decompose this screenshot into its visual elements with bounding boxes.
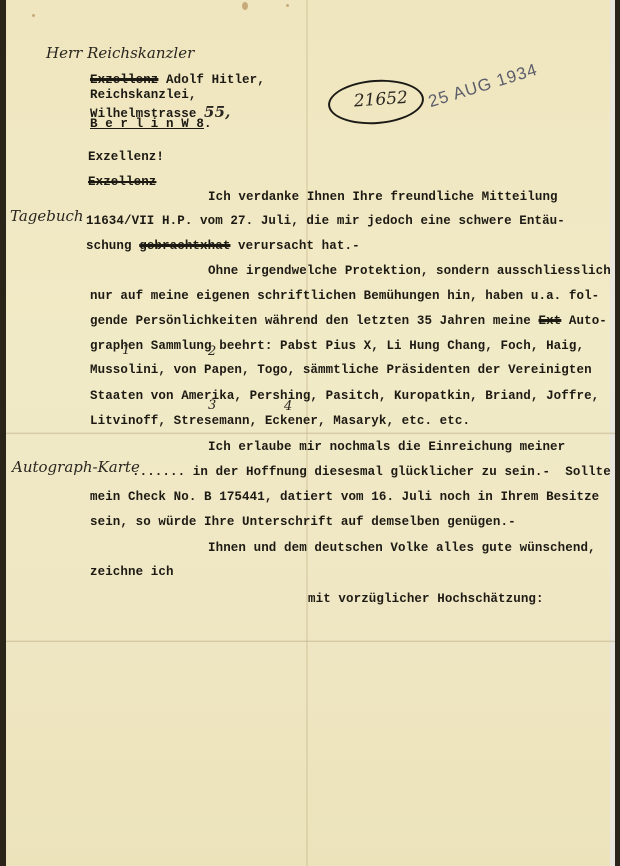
handwritten-salutation: Herr Reichskanzler: [46, 44, 194, 62]
paragraph-1-line-3: schung gebrachtxhat verursacht hat.-: [86, 239, 360, 253]
paragraph-3-line-4: sein, so würde Ihre Unterschrift auf dem…: [90, 515, 516, 529]
struck-greeting: Exzellenz: [88, 175, 156, 189]
address-line-2: Reichskanzlei,: [90, 88, 196, 102]
text: gende Persönlichkeiten während den letzt…: [90, 314, 531, 328]
struck-word: gebrachtxhat: [139, 239, 230, 253]
stain: [286, 4, 289, 7]
recipient-name: Adolf Hitler,: [166, 73, 265, 87]
reference-number: 21652: [353, 88, 408, 112]
paragraph-2-line-3: gende Persönlichkeiten während den letzt…: [90, 314, 607, 328]
paragraph-3-line-3: mein Check No. B 175441, datiert vom 16.…: [90, 490, 599, 504]
received-date-stamp: 25 AUG 1934: [426, 60, 540, 112]
paragraph-2-line-5: Mussolini, von Papen, Togo, sämmtliche P…: [90, 363, 592, 377]
closing: mit vorzüglicher Hochschätzung:: [308, 592, 544, 606]
margin-note-tagebuch: Tagebuch: [10, 207, 84, 225]
handwritten-number: 4: [284, 399, 292, 414]
paragraph-4-line-1: Ihnen und dem deutschen Volke alles gute…: [208, 541, 596, 555]
horizontal-fold: [6, 432, 615, 435]
paragraph-4-line-2: zeichne ich: [90, 565, 174, 579]
text: verursacht hat.-: [238, 239, 360, 253]
address-line-4: B e r l i n W 8.: [90, 117, 212, 131]
margin-note-autograph-karte: Autograph-Karte: [12, 458, 140, 476]
address-line-1: Exzellenz Adolf Hitler,: [90, 73, 265, 87]
stain: [32, 14, 35, 17]
text: schung: [86, 239, 132, 253]
circled-reference-number: 21652: [327, 77, 426, 128]
paragraph-3-line-2: ....... in der Hoffnung diesesmal glückl…: [132, 465, 611, 479]
text: Auto-: [569, 314, 607, 328]
handwritten-number: 1: [122, 343, 130, 358]
paragraph-3-line-1: Ich erlaube mir nochmals die Einreichung…: [208, 440, 565, 454]
horizontal-fold: [6, 640, 615, 643]
paragraph-2-line-4: graphen Sammlung beehrt: Pabst Pius X, L…: [90, 339, 584, 353]
struck-title: Exzellenz: [90, 73, 158, 87]
paragraph-1-line-2: 11634/VII H.P. vom 27. Juli, die mir jed…: [86, 214, 565, 228]
letter-page: Herr Reichskanzler Exzellenz Adolf Hitle…: [6, 0, 615, 866]
city: B e r l i n W 8: [90, 117, 204, 131]
greeting: Exzellenz!: [88, 150, 164, 164]
paragraph-1-line-1: Ich verdanke Ihnen Ihre freundliche Mitt…: [208, 190, 558, 204]
paragraph-2-line-6: Staaten von Amerika, Pershing, Pasitch, …: [90, 389, 599, 403]
handwritten-number: 2: [208, 344, 216, 359]
paragraph-2-line-1: Ohne irgendwelche Protektion, sondern au…: [208, 264, 611, 278]
city-suffix: .: [204, 117, 212, 131]
paragraph-2-line-7: Litvinoff, Stresemann, Eckener, Masaryk,…: [90, 414, 470, 428]
handwritten-number: 3: [208, 398, 216, 413]
struck-word: Ext: [538, 314, 561, 328]
stain: [242, 2, 248, 10]
paragraph-2-line-2: nur auf meine eigenen schriftlichen Bemü…: [90, 289, 599, 303]
